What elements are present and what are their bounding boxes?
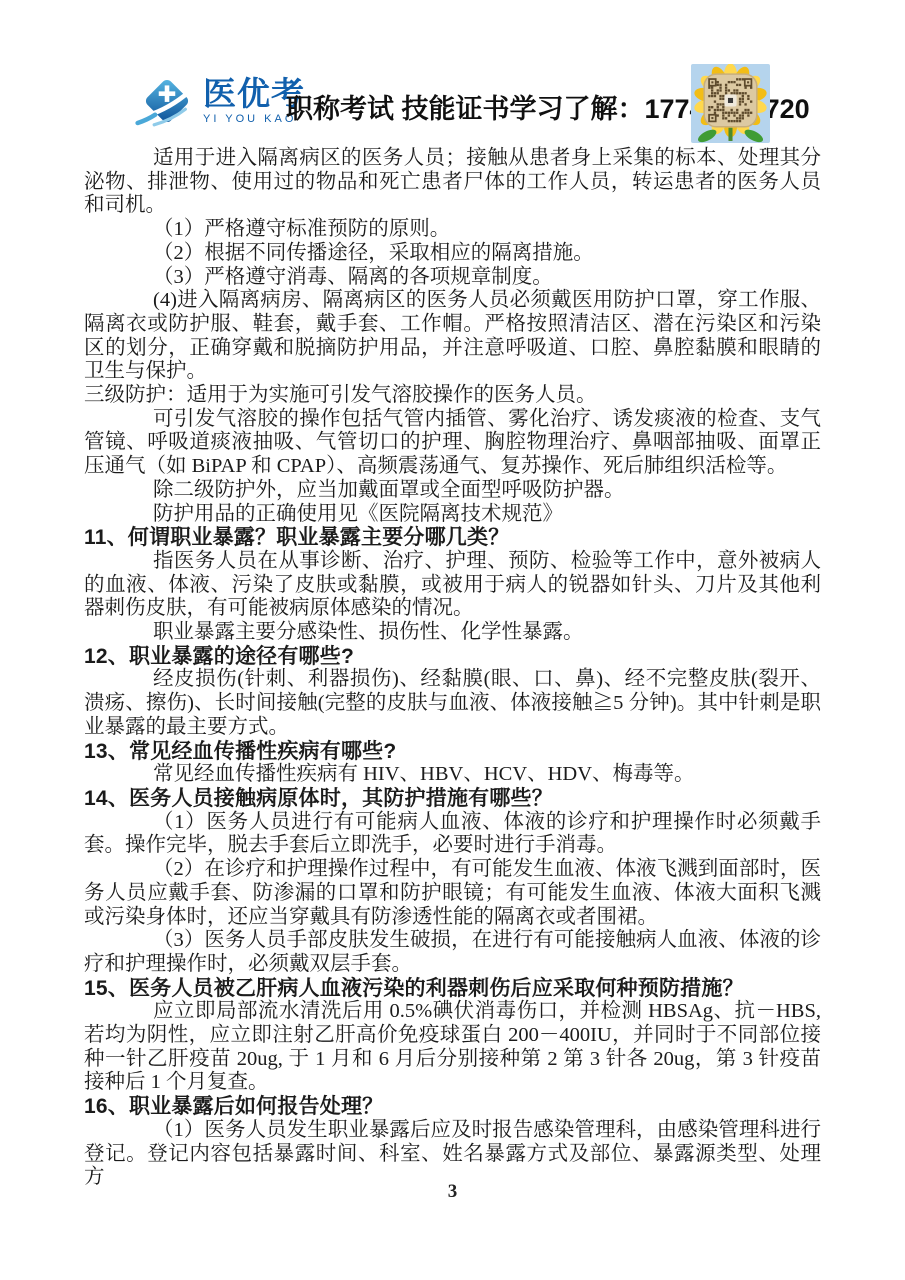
- sunflower-qr-code-icon: [691, 64, 770, 143]
- body-paragraph: 应立即局部流水清洗后用 0.5%碘伏消毒伤口，并检测 HBSAg、抗－HBS, …: [84, 1000, 821, 1095]
- brand-logo: 医优考 YI YOU KAO: [134, 68, 305, 134]
- body-paragraph: 职业暴露主要分感染性、损伤性、化学性暴露。: [84, 621, 821, 645]
- body-paragraph: 防护用品的正确使用见《医院隔离技术规范》: [84, 503, 821, 527]
- question-heading: 13、常见经血传播性疾病有哪些?: [84, 740, 821, 764]
- body-paragraph: （1）严格遵守标准预防的原则。: [84, 218, 821, 242]
- body-paragraph: （3）医务人员手部皮肤发生破损，在进行有可能接触病人血液、体液的诊疗和护理操作时…: [84, 929, 821, 976]
- body-paragraph: 常见经血传播性疾病有 HIV、HBV、HCV、HDV、梅毒等。: [84, 763, 821, 787]
- question-heading: 14、医务人员接触病原体时，其防护措施有哪些？: [84, 787, 821, 811]
- body-paragraph: 适用于进入隔离病区的医务人员；接触从患者身上采集的标本、处理其分泌物、排泄物、使…: [84, 147, 821, 218]
- question-heading: 16、职业暴露后如何报告处理？: [84, 1095, 821, 1119]
- body-paragraph: 经皮损伤(针刺、利器损伤)、经黏膜(眼、口、鼻)、经不完整皮肤(裂开、溃疡、擦伤…: [84, 668, 821, 739]
- body-paragraph: （2）在诊疗和护理操作过程中，有可能发生血液、体液飞溅到面部时，医务人员应戴手套…: [84, 858, 821, 929]
- body-paragraph: 指医务人员在从事诊断、治疗、护理、预防、检验等工作中，意外被病人的血液、体液、污…: [84, 550, 821, 621]
- question-heading: 15、医务人员被乙肝病人血液污染的利器刺伤后应采取何种预防措施？: [84, 977, 821, 1001]
- body-paragraph: （3）严格遵守消毒、隔离的各项规章制度。: [84, 266, 821, 290]
- document-body: 适用于进入隔离病区的医务人员；接触从患者身上采集的标本、处理其分泌物、排泄物、使…: [84, 147, 821, 1190]
- question-heading: 12、职业暴露的途径有哪些?: [84, 645, 821, 669]
- diamond-swoosh-logo-icon: [134, 68, 200, 134]
- page-number: 3: [0, 1181, 905, 1203]
- body-paragraph: （1）医务人员发生职业暴露后应及时报告感染管理科，由感染管理科进行登记。登记内容…: [84, 1119, 821, 1190]
- body-paragraph: （1）医务人员进行有可能病人血液、体液的诊疗和护理操作时必须戴手套。操作完毕，脱…: [84, 811, 821, 858]
- document-page: 医优考 YI YOU KAO 职称考试 技能证书学习了解：17743767720…: [0, 0, 905, 1280]
- question-heading: 11、何谓职业暴露？职业暴露主要分哪几类？: [84, 526, 821, 550]
- body-paragraph: 可引发气溶胶的操作包括气管内插管、雾化治疗、诱发痰液的检查、支气管镜、呼吸道痰液…: [84, 408, 821, 479]
- body-paragraph: (4)进入隔离病房、隔离病区的医务人员必须戴医用防护口罩，穿工作服、隔离衣或防护…: [84, 289, 821, 384]
- body-paragraph: 三级防护：适用于为实施可引发气溶胶操作的医务人员。: [84, 384, 821, 408]
- body-paragraph: （2）根据不同传播途径，采取相应的隔离措施。: [84, 242, 821, 266]
- body-paragraph: 除二级防护外，应当加戴面罩或全面型呼吸防护器。: [84, 479, 821, 503]
